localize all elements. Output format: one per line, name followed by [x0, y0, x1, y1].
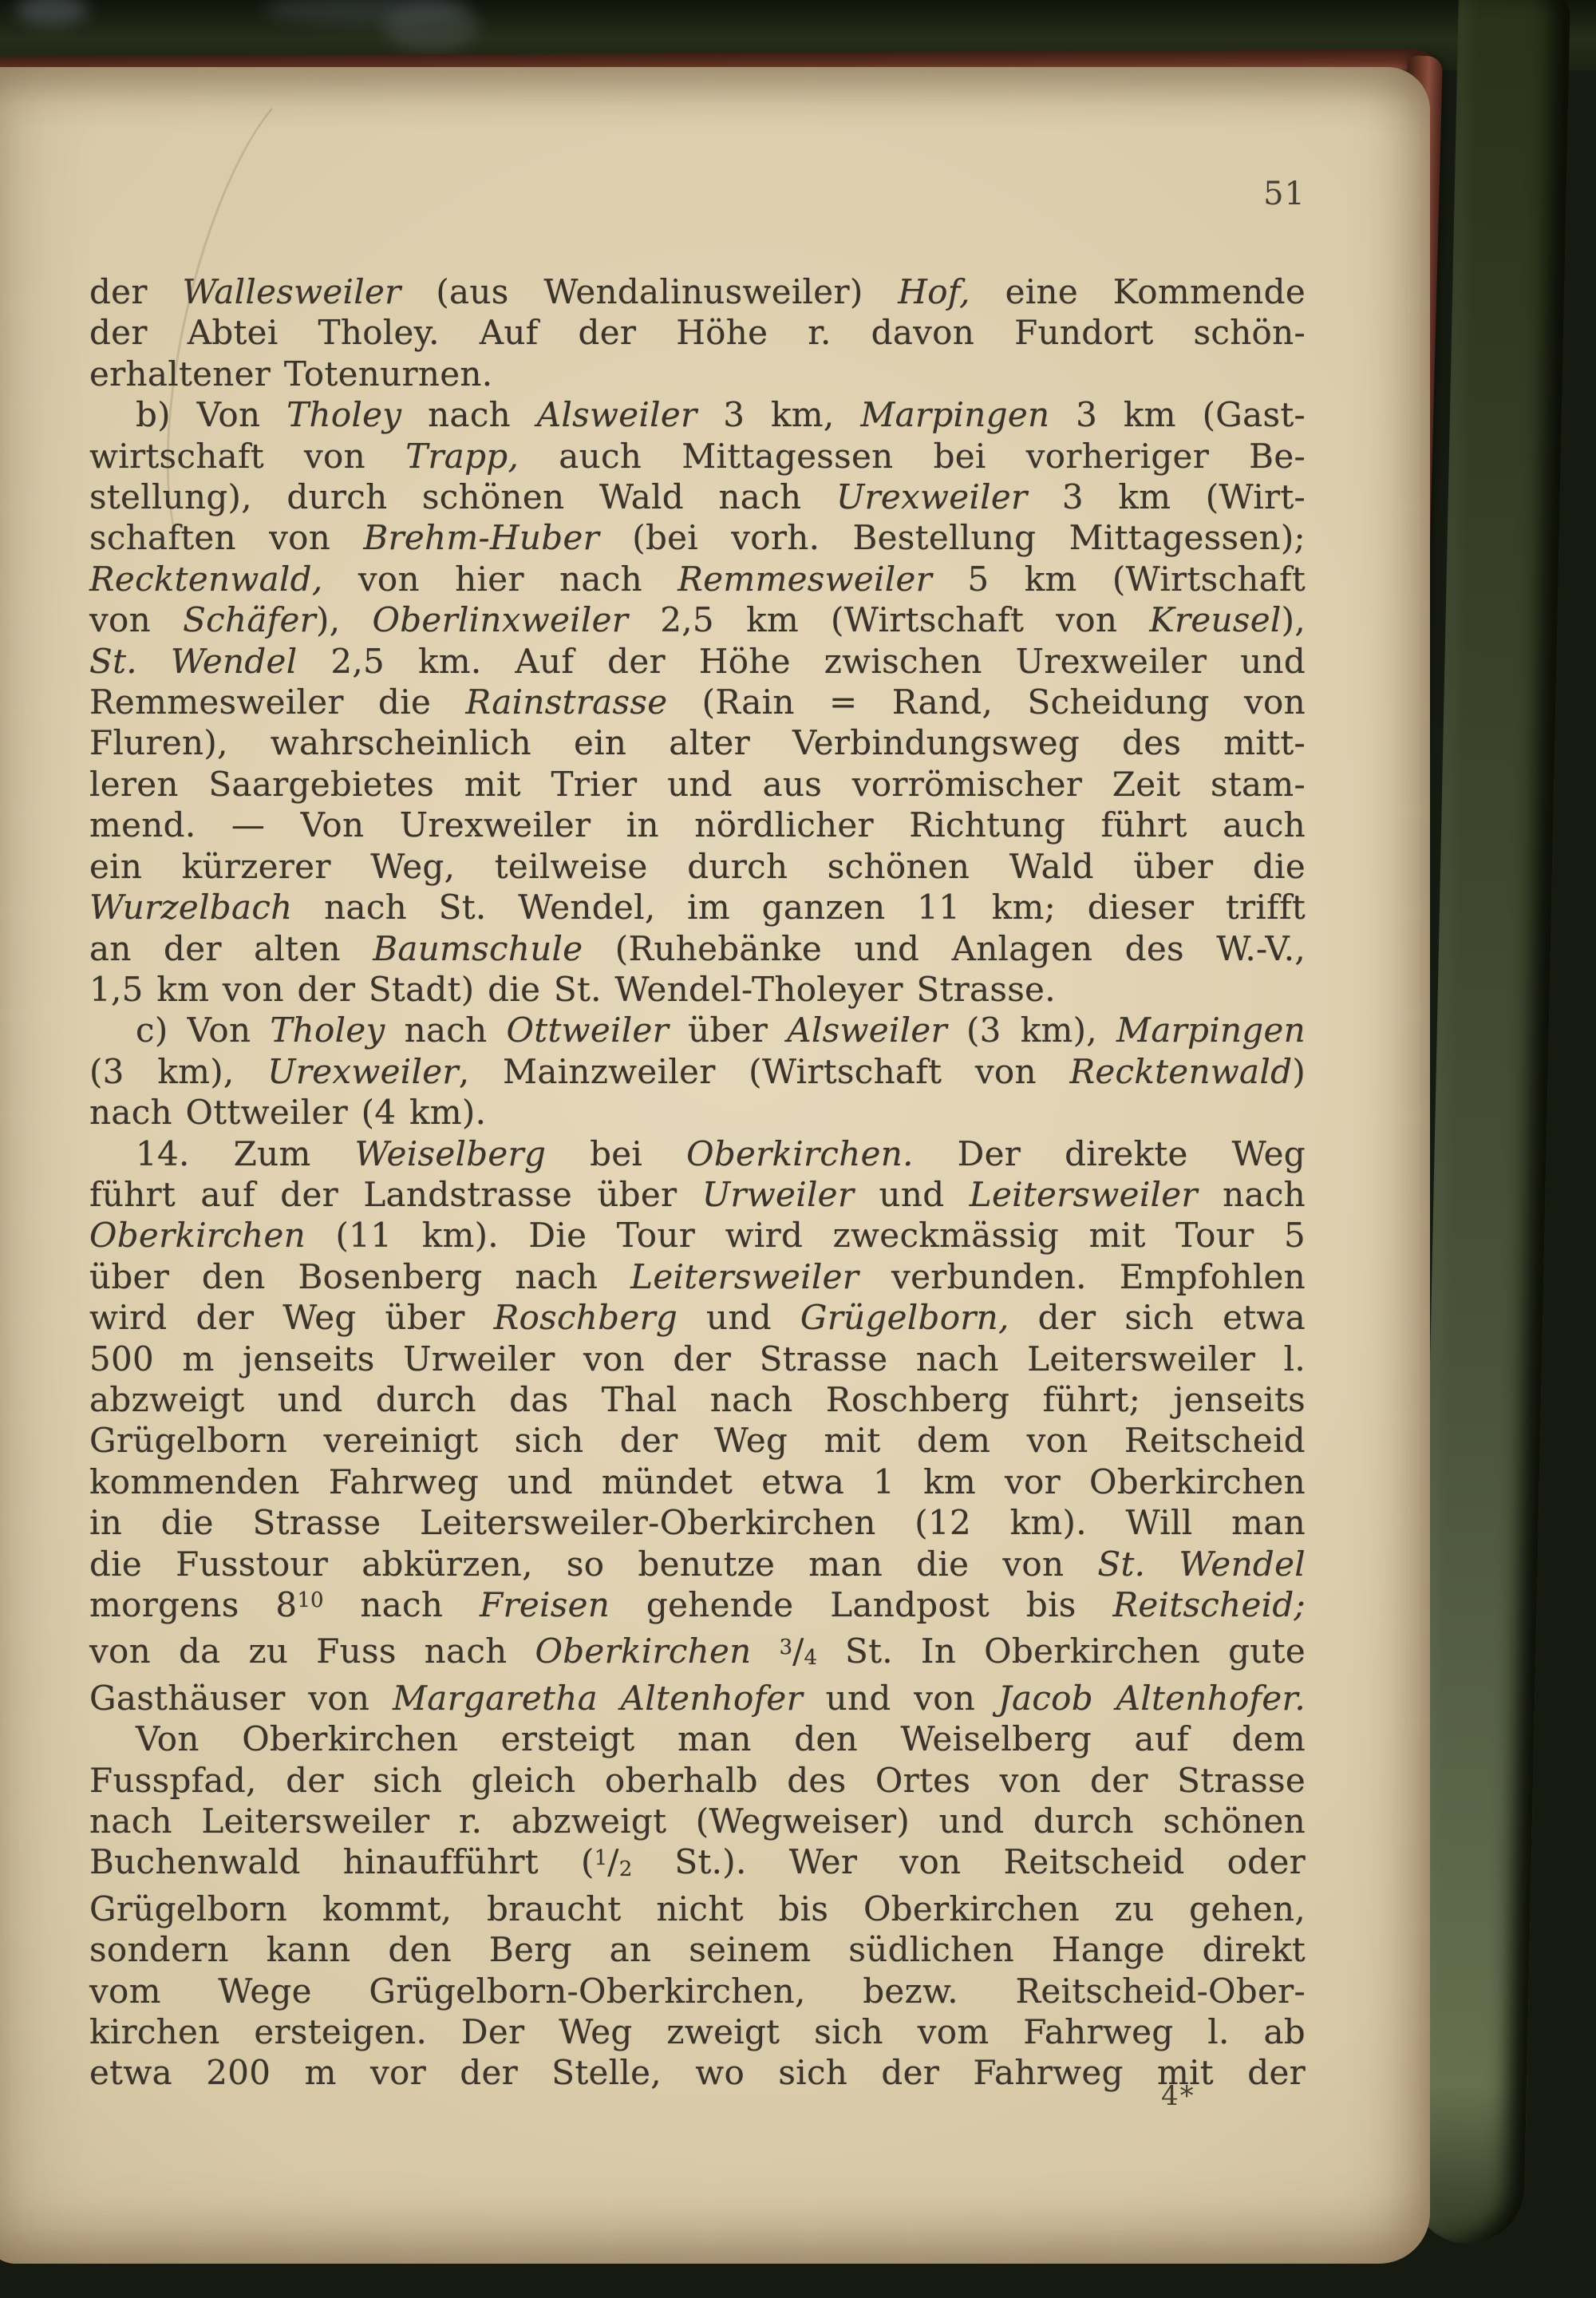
text-line: b) Von Tholey nach Alsweiler 3 km, Marpi…: [89, 394, 1306, 435]
text-line: (3 km), Urexweiler, Mainzweiler (Wirtsch…: [89, 1051, 1306, 1092]
text-line: morgens 810 nach Freisen gehende Landpos…: [89, 1584, 1306, 1631]
text-line: wird der Weg über Roschberg und Grügelbo…: [89, 1297, 1306, 1338]
text-line: 14. Zum Weiselberg bei Oberkirchen. Der …: [89, 1133, 1306, 1174]
text-line: Remmesweiler die Rainstrasse (Rain = Ran…: [89, 682, 1306, 722]
text-line: nach Leitersweiler r. abzweigt (Wegweise…: [89, 1801, 1306, 1841]
text-line: nach Ottweiler (4 km).: [89, 1092, 1306, 1133]
text-line: über den Bosenberg nach Leitersweiler ve…: [89, 1256, 1306, 1297]
text-line: führt auf der Landstrasse über Urweiler …: [89, 1174, 1306, 1215]
signature-mark: 4*: [1161, 2080, 1195, 2112]
page-number: 51: [89, 176, 1306, 212]
text-line: Wurzelbach nach St. Wendel, im ganzen 11…: [89, 887, 1306, 928]
text-line: mend. — Von Urexweiler in nördlicher Ric…: [89, 805, 1306, 845]
text-line: kommenden Fahrweg und mündet etwa 1 km v…: [89, 1461, 1306, 1502]
text-line: c) Von Tholey nach Ottweiler über Alswei…: [89, 1010, 1306, 1050]
text-line: etwa 200 m vor der Stelle, wo sich der F…: [89, 2052, 1306, 2093]
text-line: erhaltener Totenurnen.: [89, 354, 1306, 394]
text-block: der Wallesweiler (aus Wendalinusweiler) …: [89, 271, 1306, 2094]
text-line: Recktenwald, von hier nach Remmesweiler …: [89, 559, 1306, 599]
text-line: kirchen ersteigen. Der Weg zweigt sich v…: [89, 2011, 1306, 2052]
text-line: Von Oberkirchen ersteigt man den Weiselb…: [89, 1719, 1306, 1759]
text-line: abzweigt und durch das Thal nach Roschbe…: [89, 1379, 1306, 1420]
text-line: Grügelborn kommt, braucht nicht bis Ober…: [89, 1889, 1306, 1929]
text-line: leren Saargebietes mit Trier und aus vor…: [89, 764, 1306, 805]
text-line: wirtschaft von Trapp, auch Mittagessen b…: [89, 436, 1306, 477]
text-line: ein kürzerer Weg, teilweise durch schöne…: [89, 846, 1306, 887]
text-line: 500 m jenseits Urweiler von der Strasse …: [89, 1339, 1306, 1379]
text-line: Buchenwald hinaufführt (1/2 St.). Wer vo…: [89, 1841, 1306, 1888]
text-line: an der alten Baumschule (Ruhebänke und A…: [89, 928, 1306, 969]
text-line: 1,5 km von der Stadt) die St. Wendel-Tho…: [89, 969, 1306, 1010]
text-line: stellung), durch schönen Wald nach Urexw…: [89, 477, 1306, 517]
text-line: von Schäfer), Oberlinxweiler 2,5 km (Wir…: [89, 599, 1306, 640]
text-line: Fluren), wahrscheinlich ein alter Verbin…: [89, 722, 1306, 763]
background-highlight: [383, 3, 479, 51]
text-line: vom Wege Grügelborn-Oberkirchen, bezw. R…: [89, 1971, 1306, 2011]
text-line: schaften von Brehm-Huber (bei vorh. Best…: [89, 517, 1306, 558]
text-line: Gasthäuser von Margaretha Altenhofer und…: [89, 1678, 1306, 1719]
text-line: St. Wendel 2,5 km. Auf der Höhe zwischen…: [89, 641, 1306, 682]
text-line: von da zu Fuss nach Oberkirchen 3/4 St. …: [89, 1631, 1306, 1677]
book-page: 51 der Wallesweiler (aus Wendalinusweile…: [0, 67, 1430, 2264]
text-line: der Wallesweiler (aus Wendalinusweiler) …: [89, 271, 1306, 312]
text-line: in die Strasse Leitersweiler-Oberkirchen…: [89, 1502, 1306, 1543]
text-line: die Fusstour abkürzen, so benutze man di…: [89, 1544, 1306, 1584]
text-line: sondern kann den Berg an seinem südliche…: [89, 1929, 1306, 1970]
text-line: Grügelborn vereinigt sich der Weg mit de…: [89, 1420, 1306, 1461]
text-line: Oberkirchen (11 km). Die Tour wird zweck…: [89, 1215, 1306, 1256]
text-line: Fusspfad, der sich gleich oberhalb des O…: [89, 1760, 1306, 1801]
text-line: der Abtei Tholey. Auf der Höhe r. davon …: [89, 312, 1306, 353]
book-photo: 51 der Wallesweiler (aus Wendalinusweile…: [0, 0, 1596, 2298]
